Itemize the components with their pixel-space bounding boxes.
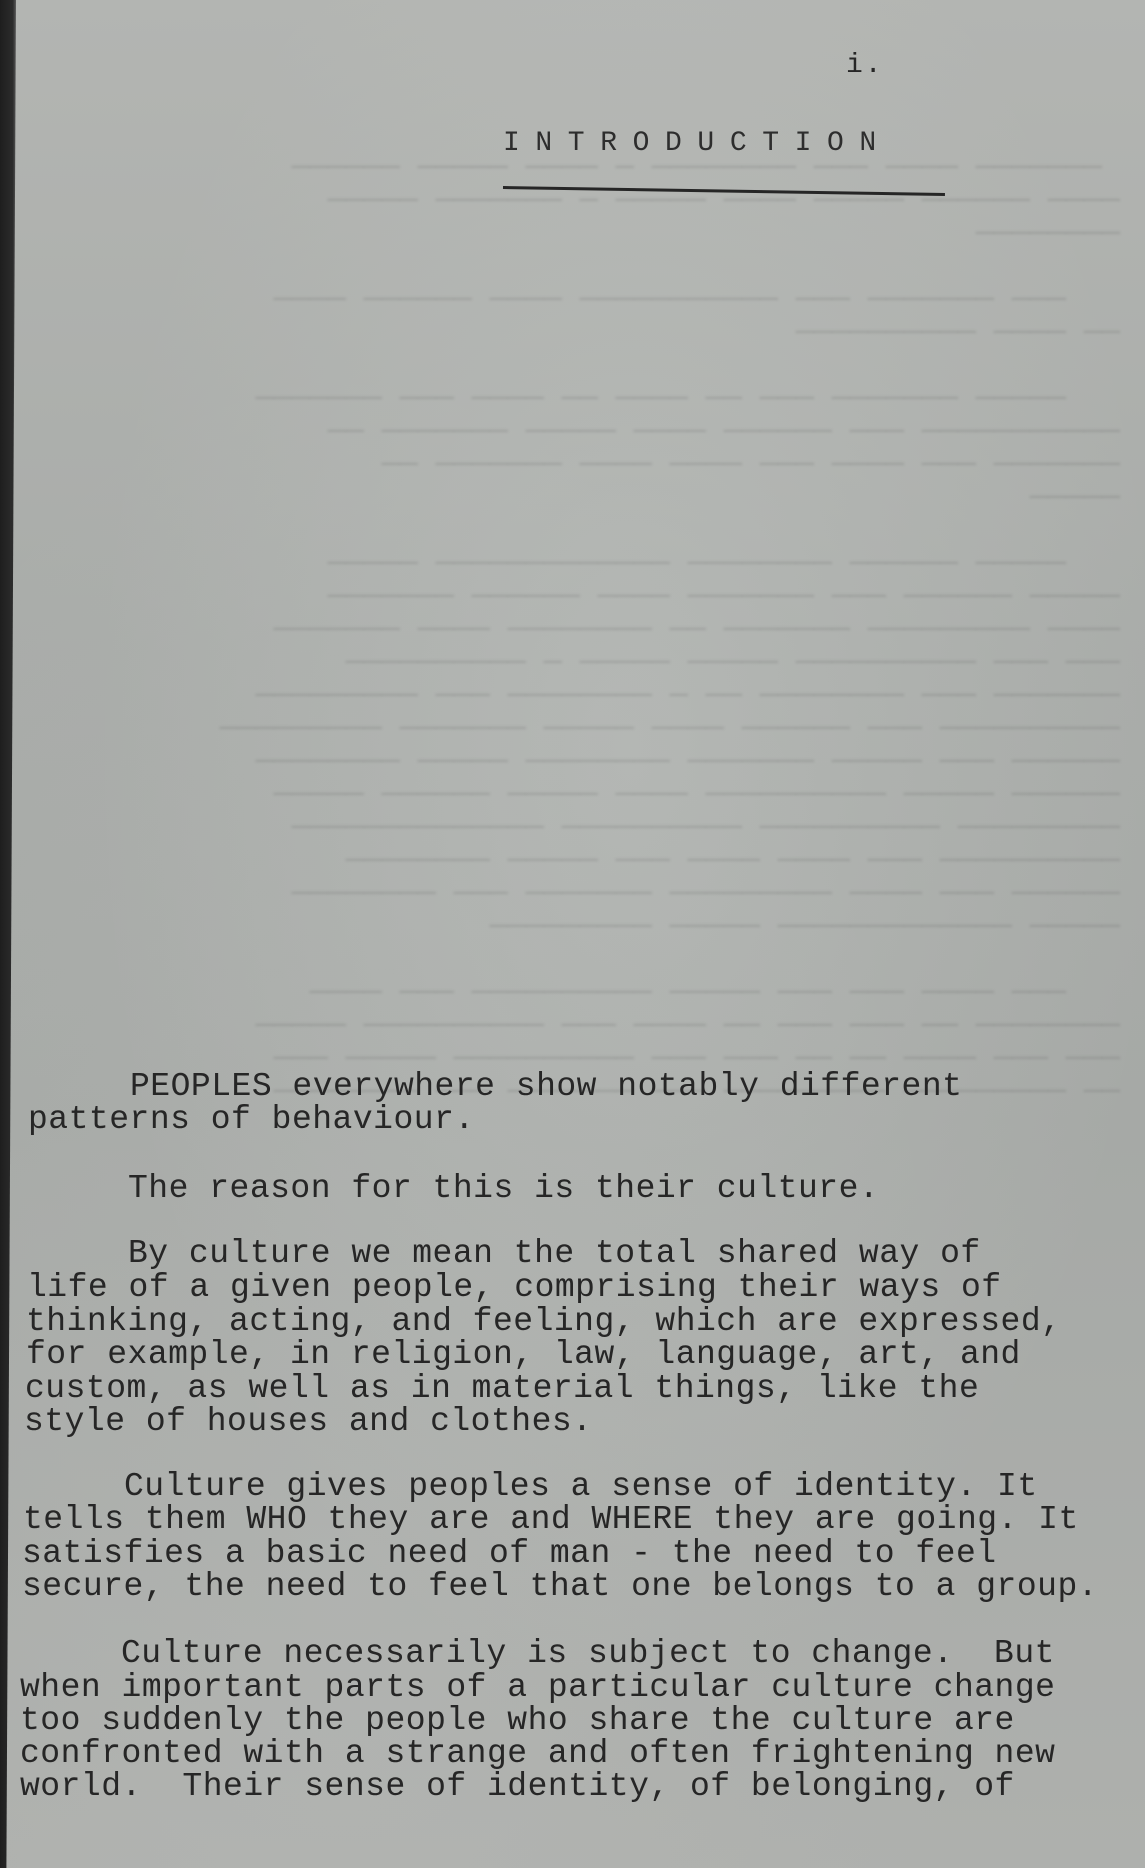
paragraph-5-line-4: confronted with a strange and often frig… (20, 1737, 1055, 1770)
paragraph-1-line-1: PEOPLES everywhere show notably differen… (130, 1070, 962, 1103)
body-text: PEOPLES everywhere show notably differen… (0, 0, 1145, 1868)
paragraph-3-line-3: thinking, acting, and feeling, which are… (26, 1305, 1061, 1338)
paragraph-3-line-4: for example, in religion, law, language,… (26, 1338, 1021, 1371)
paragraph-3-line-5: custom, as well as in material things, l… (25, 1372, 979, 1405)
paragraph-1-line-2: patterns of behaviour. (28, 1103, 475, 1136)
paragraph-3-line-2: life of a given people, comprising their… (27, 1271, 1002, 1304)
paragraph-4-line-1: Culture gives peoples a sense of identit… (124, 1470, 1038, 1503)
paragraph-4-line-3: satisfies a basic need of man - the need… (22, 1537, 997, 1570)
paragraph-5-line-3: too suddenly the people who share the cu… (20, 1704, 1015, 1737)
paragraph-4-line-2: tells them WHO they are and WHERE they a… (23, 1503, 1079, 1536)
paragraph-4-line-4: secure, the need to feel that one belong… (22, 1570, 1098, 1603)
paragraph-3-line-1: By culture we mean the total shared way … (128, 1237, 981, 1270)
paragraph-5-line-2: when important parts of a particular cul… (20, 1671, 1055, 1704)
paragraph-2-line-1: The reason for this is their culture. (128, 1172, 879, 1205)
paragraph-5-line-1: Culture necessarily is subject to change… (121, 1637, 1055, 1670)
paragraph-3-line-6: style of houses and clothes. (24, 1405, 593, 1438)
paragraph-5-line-5: world. Their sense of identity, of belon… (20, 1770, 1015, 1803)
